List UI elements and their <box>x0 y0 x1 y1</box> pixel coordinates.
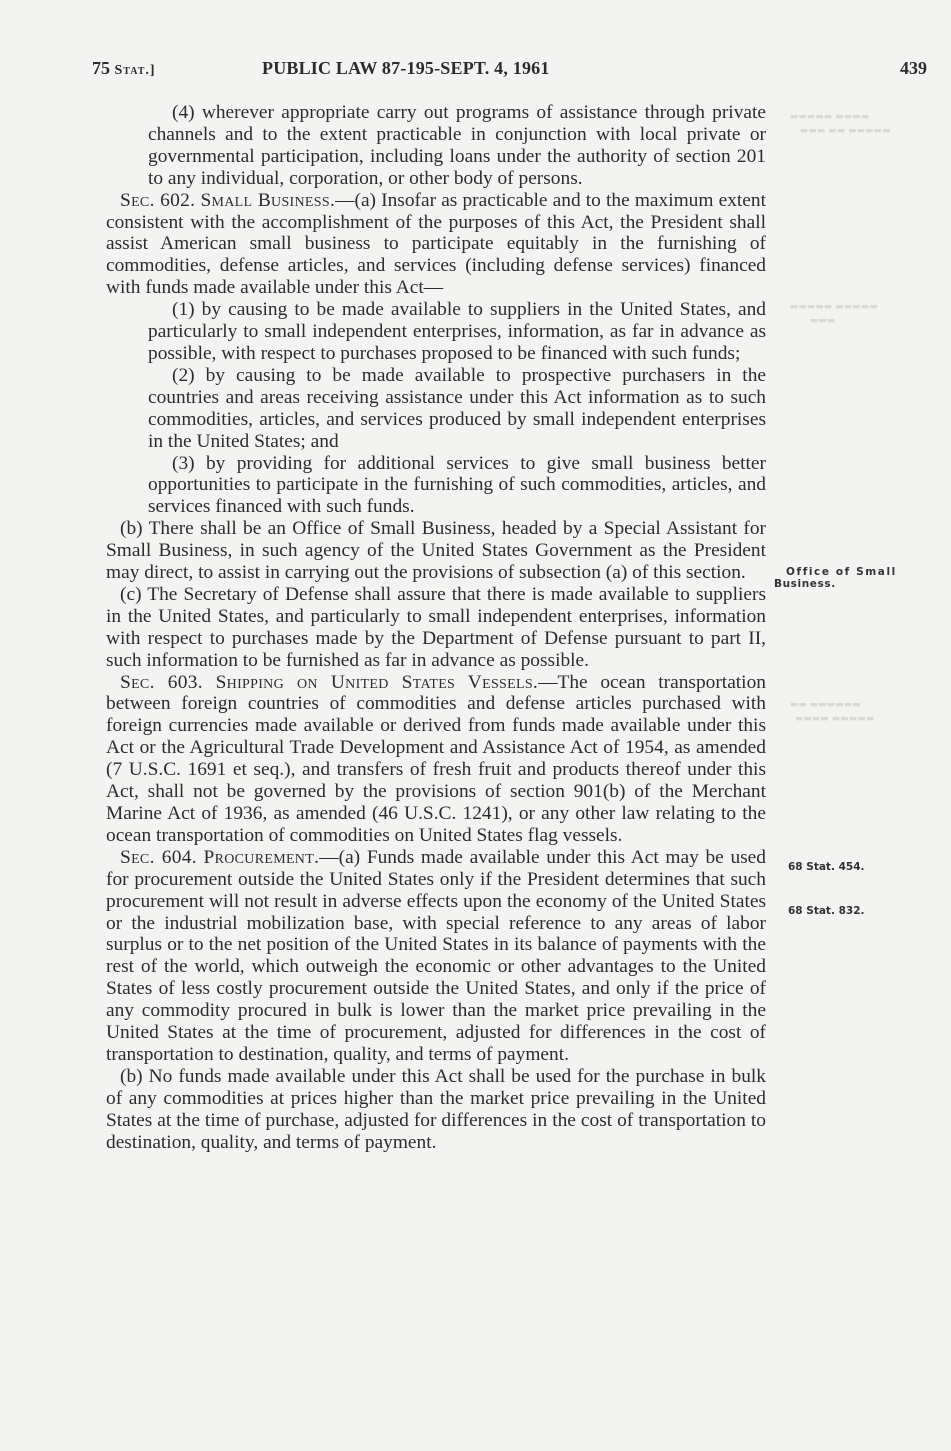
bleed-through-text: ▬▬▬ <box>810 316 836 326</box>
statute-volume: 75 <box>92 58 110 78</box>
page-number: 439 <box>900 58 927 79</box>
margin-note-68-stat-832: 68 Stat. 832. <box>788 905 865 917</box>
bleed-through-text: ▬▬▬▬▬▬ ▬▬ <box>790 700 861 710</box>
paragraph-602-b: (b) There shall be an Office of Small Bu… <box>106 518 766 584</box>
document-page: ▬▬▬▬ ▬▬▬▬▬ ▬▬▬▬▬ ▬▬ ▬▬▬ ▬▬▬▬▬ ▬▬▬▬▬ ▬▬▬ … <box>0 0 951 1451</box>
paragraph-602-a-1: (1) by causing to be made available to s… <box>106 299 766 365</box>
paragraph-602-c: (c) The Secretary of Defense shall assur… <box>106 584 766 672</box>
margin-note-line: Office of Small <box>774 566 897 578</box>
paragraph-602-a-3: (3) by providing for additional services… <box>106 453 766 519</box>
section-label: Sec. 604. <box>120 847 197 868</box>
section-label: Sec. 603. <box>120 672 203 693</box>
law-title: PUBLIC LAW 87-195-SEPT. 4, 1961 <box>262 58 550 79</box>
margin-note-line: Business. <box>774 578 897 590</box>
section-label: Sec. 602. <box>120 190 195 211</box>
margin-note-office-small-business: Office of Small Business. <box>774 566 897 590</box>
section-603: Sec. 603. Shipping on United States Vess… <box>106 672 766 847</box>
paragraph-item-4: (4) wherever appropriate carry out progr… <box>106 102 766 190</box>
statute-citation: 75 Stat.] <box>92 58 156 79</box>
paragraph-604-b: (b) No funds made available under this A… <box>106 1066 766 1154</box>
bleed-through-text: ▬▬▬▬ ▬▬▬▬▬ <box>790 112 869 122</box>
section-text: —(a) Funds made available under this Act… <box>106 847 766 1065</box>
section-602-a: Sec. 602. Small Business.—(a) Insofar as… <box>106 190 766 300</box>
section-title: Shipping on United States Vessels. <box>216 672 538 693</box>
section-text: —The ocean transportation between foreig… <box>106 672 766 846</box>
statute-label: Stat.] <box>115 63 156 78</box>
margin-note-68-stat-454: 68 Stat. 454. <box>788 861 865 873</box>
document-body: (4) wherever appropriate carry out progr… <box>106 102 766 1154</box>
bleed-through-text: ▬▬▬▬▬ ▬▬▬▬ <box>795 714 874 724</box>
paragraph-602-a-2: (2) by causing to be made available to p… <box>106 365 766 453</box>
section-title: Procurement. <box>204 847 320 868</box>
bleed-through-text: ▬▬▬▬▬ ▬▬ ▬▬▬ <box>800 126 891 136</box>
bleed-through-text: ▬▬▬▬▬ ▬▬▬▬▬ <box>790 302 878 312</box>
section-604-a: Sec. 604. Procurement.—(a) Funds made av… <box>106 847 766 1066</box>
page-header: 75 Stat.] PUBLIC LAW 87-195-SEPT. 4, 196… <box>92 58 927 84</box>
section-title: Small Business. <box>200 190 335 211</box>
